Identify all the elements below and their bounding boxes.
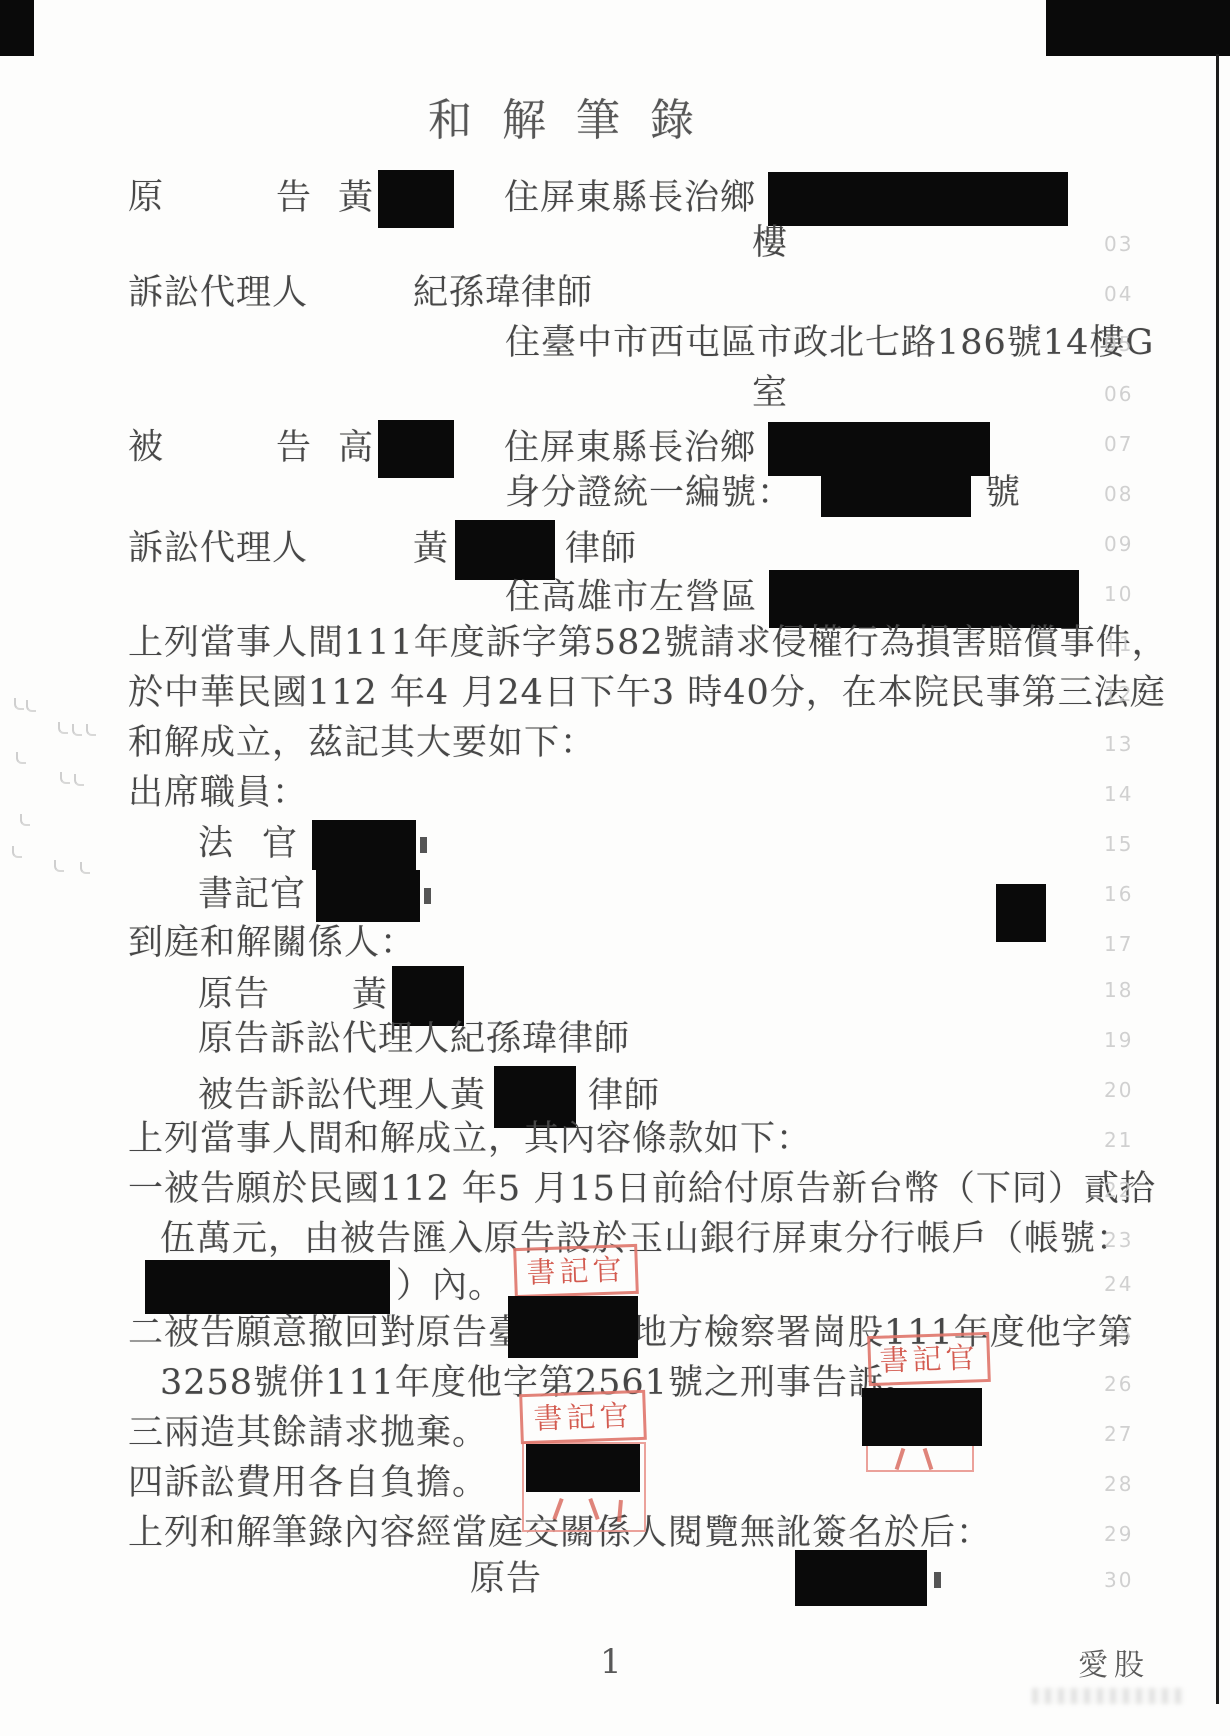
document-page: 和解筆錄 原告黃住屏東縣長治鄉 樓 訴訟代理人紀孫瑋律師 住臺中市西屯區市政北七…	[0, 0, 1230, 1736]
line-number: 10	[1104, 582, 1133, 606]
line-hearing-datetime: 於中華民國112 年4 月24日下午3 時40分，在本院民事第三法庭	[128, 670, 1166, 716]
label-defendant: 被	[128, 428, 164, 468]
terms-header-text: 上列當事人間和解成立，其內容條款如下：	[128, 1119, 812, 1159]
clerk-stamp-2: 書記官	[867, 1332, 991, 1386]
label-clerk: 書記官	[198, 875, 306, 915]
line-settlement-note: 和解成立，茲記其大要如下：	[128, 720, 596, 766]
clause1-text-b: 伍萬元，由被告匯入原告設於玉山銀行屏東分行帳戶（帳號：	[160, 1219, 1132, 1259]
line-number: 16	[1104, 882, 1133, 906]
clerk-stamp-label: 書記官	[526, 1252, 626, 1289]
line-clause1-c: ）內。	[145, 1260, 504, 1314]
redaction-defendant-address	[768, 422, 990, 476]
scan-noise-mark	[60, 772, 70, 784]
label-judge: 法	[198, 824, 234, 864]
line-number: 12	[1104, 682, 1133, 706]
line-number: 13	[1104, 732, 1133, 756]
line-number: 24	[1104, 1272, 1133, 1296]
line-attorney-address: 住臺中市西屯區市政北七路186號14樓G	[505, 320, 1154, 366]
scan-corner-mark-top-right	[1046, 0, 1230, 56]
attendee-plaintiff-attorney-text: 原告訴訟代理人紀孫瑋律師	[198, 1019, 630, 1059]
scan-noise-mark	[72, 724, 82, 736]
division-label: 愛股	[1078, 1640, 1150, 1684]
scan-noise-mark	[12, 846, 22, 858]
attendee-defendant-attorney-prefix: 被告訴訟代理人黃	[198, 1076, 486, 1116]
redaction-mark-right-margin	[996, 884, 1046, 942]
line-number: 15	[1104, 832, 1133, 856]
line-terms-header: 上列當事人間和解成立，其內容條款如下：	[128, 1116, 812, 1162]
line-number: 08	[1104, 482, 1133, 506]
line-judge: 法官	[198, 820, 427, 870]
scan-noise-mark	[16, 752, 26, 764]
scan-noise-mark	[80, 862, 90, 874]
line-number: 11	[1104, 632, 1133, 656]
line-clause1-b: 伍萬元，由被告匯入原告設於玉山銀行屏東分行帳戶（帳號：	[160, 1216, 1132, 1262]
address-wrap-char: 樓	[752, 223, 788, 263]
signature-stroke-remnant	[934, 1572, 941, 1588]
case-intro-text: 上列當事人間111年度訴字第582號請求侵權行為損害賠償事件，	[128, 623, 1168, 663]
defendant-address-prefix: 住屏東縣長治鄉	[504, 428, 756, 468]
attendee-plaintiff-surname: 黃	[352, 975, 388, 1015]
label-plaintiff: 原	[128, 178, 164, 218]
clerk-stamp-3: 書記官	[519, 1390, 647, 1444]
scan-noise-mark	[74, 774, 84, 786]
attorney-address: 住臺中市西屯區市政北七路186號14樓G	[505, 323, 1154, 363]
redaction-judge-name	[312, 820, 416, 870]
attorney-name: 紀孫瑋律師	[413, 273, 593, 313]
line-number: 06	[1104, 382, 1133, 406]
address-wrap-char-2: 室	[752, 373, 788, 413]
scan-corner-mark-top-left	[0, 0, 34, 56]
defendant-surname: 高	[338, 428, 374, 468]
attendee-defendant-attorney-suffix: 律師	[588, 1076, 660, 1116]
redaction-id-number	[821, 473, 971, 517]
line-number: 20	[1104, 1078, 1133, 1102]
defendant-attorney-address-prefix: 住高雄市左營區	[505, 578, 757, 618]
line-number: 28	[1104, 1472, 1133, 1496]
line-number: 05	[1104, 332, 1133, 356]
line-clause4: 四訴訟費用各自負擔。	[128, 1460, 488, 1506]
scan-noise-mark	[58, 722, 68, 734]
footer-smudge	[1032, 1688, 1184, 1704]
line-number: 27	[1104, 1422, 1133, 1446]
redaction-plaintiff-name	[378, 170, 454, 228]
line-attendees-header: 到庭和解關係人：	[128, 920, 416, 966]
line-number: 19	[1104, 1028, 1133, 1052]
clause1-text-a: 一被告願於民國112 年5 月15日前給付原告新台幣（下同）貳拾	[128, 1169, 1156, 1209]
redaction-stroke-remnant	[424, 888, 431, 904]
scan-noise-mark	[54, 860, 64, 872]
redaction-stamp-3-name	[526, 1444, 640, 1492]
settlement-note-text: 和解成立，茲記其大要如下：	[128, 723, 596, 763]
defendant-attorney-surname: 黃	[413, 529, 449, 569]
clerk-stamp-1: 書記官	[513, 1244, 639, 1298]
id-number-suffix: 號	[985, 473, 1021, 513]
clause4-text: 四訴訟費用各自負擔。	[128, 1463, 488, 1503]
line-number: 26	[1104, 1372, 1133, 1396]
line-address-wrap-2: 室	[752, 370, 788, 416]
clerk-stamp-label: 書記官	[533, 1398, 633, 1435]
clerk-stamp-2-fragment	[866, 1446, 974, 1472]
scan-noise-mark	[20, 814, 30, 826]
plaintiff-address-prefix: 住屏東縣長治鄉	[504, 178, 756, 218]
line-number: 14	[1104, 782, 1133, 806]
redaction-stamp-1-name	[508, 1296, 638, 1358]
page-number: 1	[600, 1642, 622, 1682]
clause1-text-c: ）內。	[396, 1266, 504, 1306]
redaction-plaintiff-address	[768, 172, 1068, 226]
line-number: 18	[1104, 978, 1133, 1002]
line-number: 22	[1104, 1178, 1133, 1202]
line-clause1-a: 一被告願於民國112 年5 月15日前給付原告新台幣（下同）貳拾	[128, 1166, 1156, 1212]
redaction-clerk-name	[316, 870, 420, 922]
line-case-intro: 上列當事人間111年度訴字第582號請求侵權行為損害賠償事件，	[128, 620, 1168, 666]
redaction-stroke-remnant	[420, 837, 427, 853]
clerk-stamp-label: 書記官	[879, 1340, 979, 1377]
line-number: 03	[1104, 232, 1133, 256]
line-plaintiff: 原告黃住屏東縣長治鄉	[128, 170, 1068, 228]
clause3-text: 三兩造其餘請求拋棄。	[128, 1413, 488, 1453]
defendant-attorney-suffix: 律師	[565, 529, 637, 569]
label-attorney-2: 訴訟代理人	[128, 529, 308, 569]
line-number: 17	[1104, 932, 1133, 956]
redaction-signature	[795, 1550, 927, 1606]
line-staff-header: 出席職員：	[128, 770, 308, 816]
scan-noise-mark	[26, 700, 36, 712]
label-id-number: 身分證統一編號：	[505, 473, 793, 513]
line-number: 23	[1104, 1228, 1133, 1252]
line-number: 04	[1104, 282, 1133, 306]
line-number: 21	[1104, 1128, 1133, 1152]
line-plaintiff-attorney: 訴訟代理人紀孫瑋律師	[128, 270, 593, 316]
line-address-wrap: 樓	[752, 220, 788, 266]
line-number: 30	[1104, 1568, 1133, 1592]
label-defendant-2: 告	[276, 428, 312, 468]
label-judge-2: 官	[262, 824, 298, 864]
scan-edge-line	[1216, 54, 1219, 1704]
document-title: 和解筆錄	[428, 84, 724, 148]
line-signature-plaintiff: 原告	[470, 1556, 542, 1602]
line-clerk: 書記官	[198, 870, 431, 922]
attendee-plaintiff-label: 原告	[198, 975, 270, 1015]
scan-noise-mark	[86, 724, 96, 736]
line-clause3: 三兩造其餘請求拋棄。	[128, 1410, 488, 1456]
line-id-number: 身分證統一編號：號	[505, 470, 1021, 517]
label-plaintiff-2: 告	[276, 178, 312, 218]
attendees-header-text: 到庭和解關係人：	[128, 923, 416, 963]
line-number: 29	[1104, 1522, 1133, 1546]
line-number: 07	[1104, 432, 1133, 456]
signature-plaintiff-label: 原告	[470, 1559, 542, 1599]
hearing-datetime-text: 於中華民國112 年4 月24日下午3 時40分，在本院民事第三法庭	[128, 673, 1166, 713]
label-attorney: 訴訟代理人	[128, 273, 308, 313]
redaction-stamp-2-name	[862, 1388, 982, 1446]
line-attendee-plaintiff-attorney: 原告訴訟代理人紀孫瑋律師	[198, 1016, 630, 1062]
redaction-defendant-name	[378, 420, 454, 478]
plaintiff-surname: 黃	[338, 178, 374, 218]
line-number: 09	[1104, 532, 1133, 556]
scan-noise-mark	[14, 698, 24, 710]
line-number: 25	[1104, 1322, 1133, 1346]
staff-header-text: 出席職員：	[128, 773, 308, 813]
redaction-account-number	[145, 1260, 390, 1314]
